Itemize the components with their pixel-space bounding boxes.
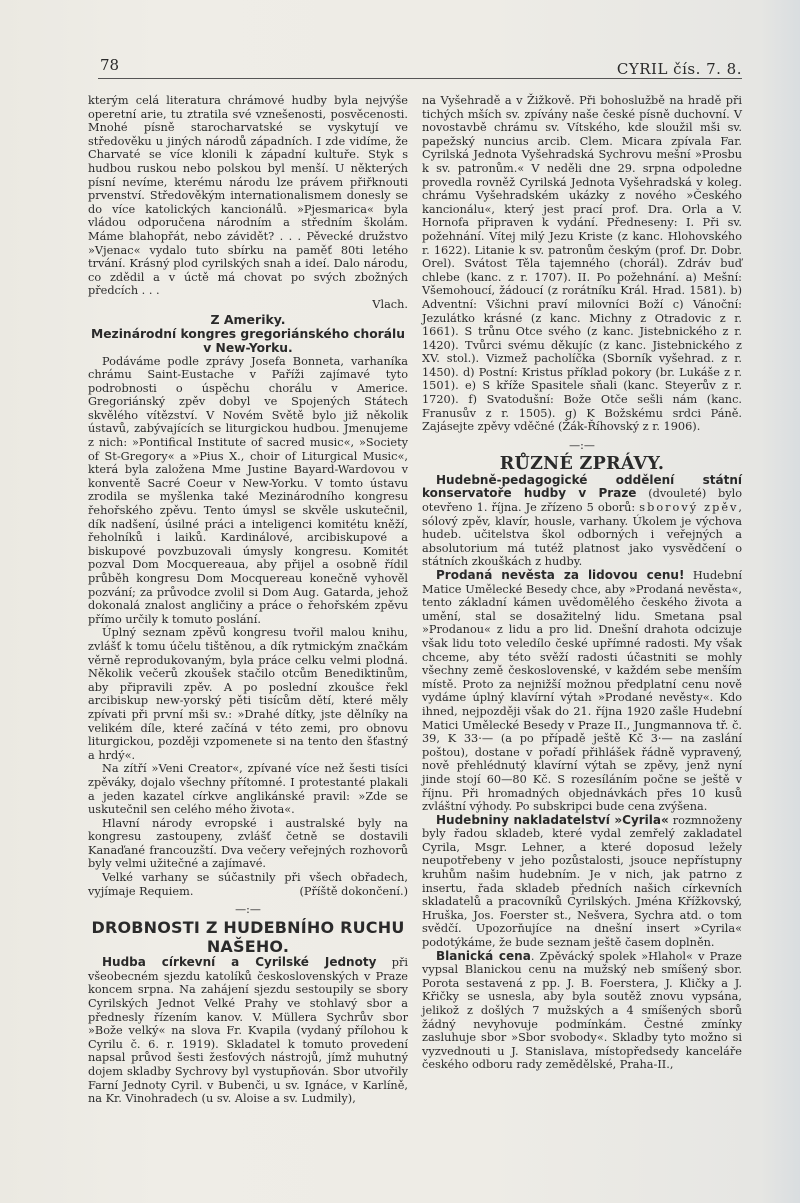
news-item: Blanická cena. Zpěvácký spolek »Hlahol« … [422,950,742,1072]
left-column: kterým celá literatura chrámové hudby by… [88,94,408,1106]
news-item-lead: Prodaná nevěsta za lidovou cenu! [436,568,684,582]
continuation-paragraph: na Vyšehradě a v Žižkově. Při bohoslužbě… [422,94,742,434]
magazine-page: 78 CYRIL čís. 7. 8. kterým celá literatu… [0,0,800,1203]
news-item-text: rozmnoženy byly řadou skladeb, které vyd… [422,814,742,949]
section-title-drobnosti: DROBNOSTI Z HUDEBNÍHO RUCHU NAŠEHO. [88,918,408,956]
news-item-lead: Blanická cena [436,949,531,963]
news-item: Prodaná nevěsta za lidovou cenu! Hudební… [422,569,742,814]
article-lead: Hudba církevní a Cyrilské Jednoty [102,955,376,969]
news-item-text: . Zpěvácký spolek »Hlahol« v Praze vypsa… [422,950,742,1072]
news-item-text: Hudební Matice Umělecké Besedy chce, aby… [422,569,742,813]
section-divider: —:— [88,904,408,916]
article-text: při všeobecném sjezdu katolíků českoslov… [88,956,408,1105]
intro-signature: Vlach. [88,298,408,312]
intro-paragraph: kterým celá literatura chrámové hudby by… [88,94,408,298]
article-paragraph: Úplný seznam zpěvů kongresu tvořil malou… [88,626,408,762]
news-item: Hudebně-pedagogické oddělení státní kons… [422,474,742,569]
news-item: Hudebniny nakladatelství »Cyrila« rozmno… [422,814,742,950]
page-number: 78 [100,56,119,74]
right-column: na Vyšehradě a v Žižkově. Při bohoslužbě… [422,94,742,1072]
news-item-spaced-text: sborový zpěv [639,501,738,514]
news-item-lead: Hudebniny nakladatelství »Cyrila« [436,813,669,827]
article-paragraph: Na zítří »Veni Creator«, zpívané více ne… [88,762,408,816]
article-paragraph: Velké varhany se súčastnily při všech ob… [88,871,408,898]
article-paragraph: Hudba církevní a Cyrilské Jednoty při vš… [88,956,408,1106]
article-title-kongres: Mezinárodní kongres gregoriánského chorá… [88,327,408,355]
section-title-ruzne-zpravy: RŮZNÉ ZPRÁVY. [422,454,742,474]
article-paragraph: Hlavní národy evropské i australské byly… [88,817,408,871]
article-paragraph: Podáváme podle zprávy Josefa Bonneta, va… [88,355,408,627]
page-header: 78 CYRIL čís. 7. 8. [98,56,742,79]
section-divider: —:— [422,440,742,452]
journal-title: CYRIL čís. 7. 8. [617,60,742,78]
continued-note: (Příště dokončení.) [286,885,409,899]
section-title-z-ameriky: Z Ameriky. [88,312,408,327]
